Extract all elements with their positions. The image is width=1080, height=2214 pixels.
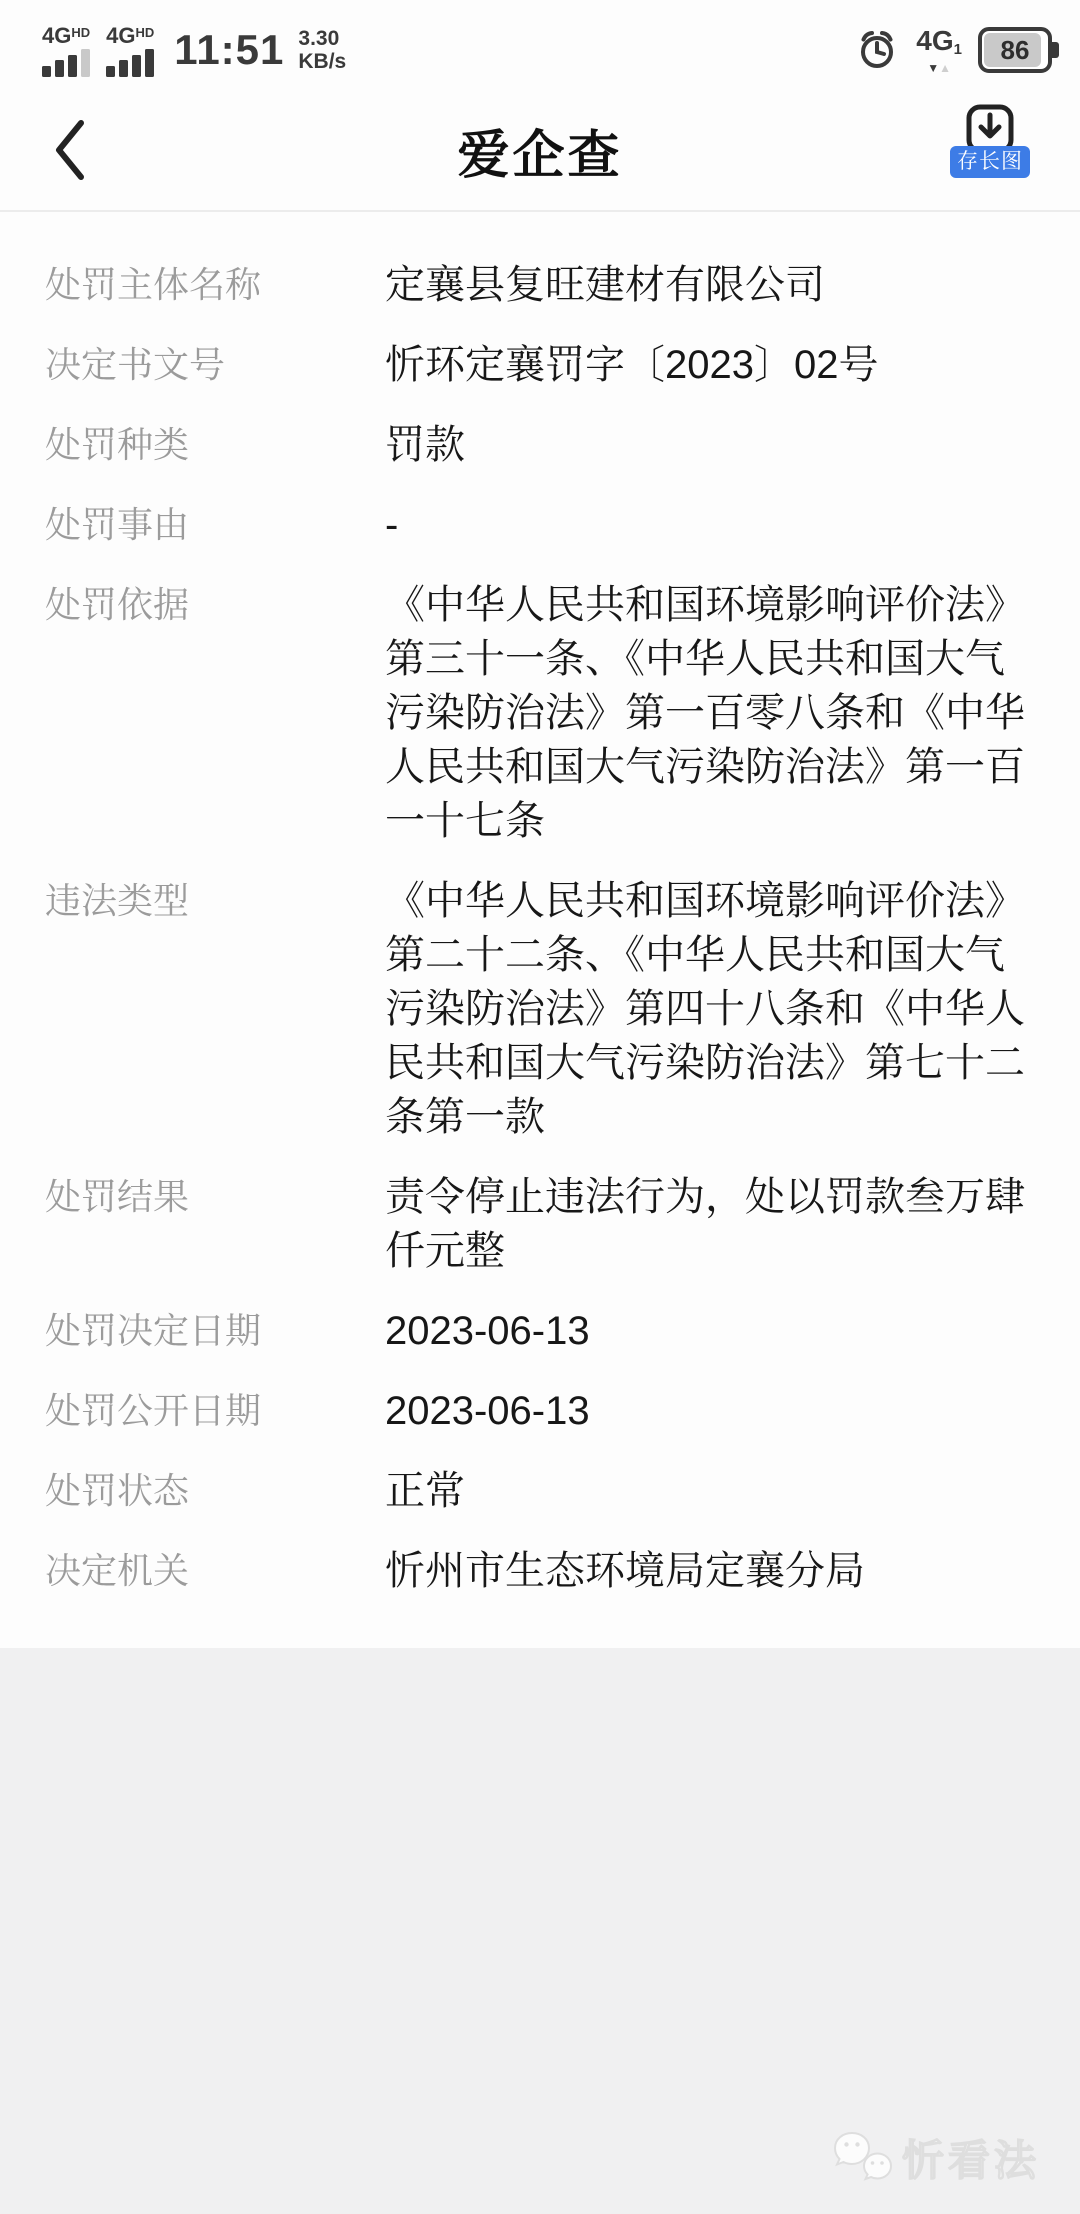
save-long-image-button[interactable]: 存长图 bbox=[950, 104, 1030, 178]
table-row: 处罚主体名称 定襄县复旺建材有限公司 bbox=[0, 245, 1080, 325]
network-speed: 3.30 KB/s bbox=[298, 27, 346, 73]
row-label: 处罚结果 bbox=[45, 1170, 385, 1278]
watermark-text: 忻看法 bbox=[902, 2128, 1040, 2188]
table-row: 处罚结果 责令停止违法行为，处以罚款叁万肆仟元整 bbox=[0, 1157, 1080, 1291]
wechat-bubbles-icon bbox=[832, 2131, 894, 2185]
network-speed-value: 3.30 bbox=[298, 27, 346, 50]
row-label: 处罚种类 bbox=[45, 418, 385, 472]
row-value: 2023-06-13 bbox=[385, 1384, 1035, 1438]
save-badge: 存长图 bbox=[950, 146, 1030, 178]
row-label: 决定机关 bbox=[45, 1544, 385, 1598]
sim2-signal-bars-icon bbox=[106, 49, 154, 77]
row-value: 定襄县复旺建材有限公司 bbox=[385, 258, 1035, 312]
row-label: 决定书文号 bbox=[45, 338, 385, 392]
footer-area: 忻看法 bbox=[0, 1648, 1080, 2214]
sim1-signal-bars-icon bbox=[42, 49, 90, 77]
row-value: 2023-06-13 bbox=[385, 1304, 1035, 1358]
table-row: 处罚决定日期 2023-06-13 bbox=[0, 1291, 1080, 1371]
row-value: 忻环定襄罚字〔2023〕02号 bbox=[385, 338, 1035, 392]
network-speed-unit: KB/s bbox=[298, 50, 346, 73]
wechat-watermark: 忻看法 bbox=[832, 2128, 1040, 2188]
table-row: 处罚种类 罚款 bbox=[0, 405, 1080, 485]
battery-icon: 86 bbox=[978, 27, 1052, 73]
sim1-network-label: 4GHD bbox=[42, 23, 90, 46]
row-value: 《中华人民共和国环境影响评价法》第二十二条、《中华人民共和国大气污染防治法》第四… bbox=[385, 874, 1035, 1144]
row-value: 正常 bbox=[385, 1464, 1035, 1518]
chevron-left-icon bbox=[52, 118, 88, 182]
page-title: 爱企查 bbox=[457, 113, 622, 188]
status-left: 4GHD 4GHD 11:51 3.30 KB/s bbox=[42, 23, 346, 77]
back-button[interactable] bbox=[52, 117, 92, 183]
table-row: 决定机关 忻州市生态环境局定襄分局 bbox=[0, 1531, 1080, 1611]
app-screen: 4GHD 4GHD 11:51 3.30 KB/s bbox=[0, 0, 1080, 2214]
row-label: 处罚事由 bbox=[45, 498, 385, 552]
sim2-signal: 4GHD bbox=[106, 23, 154, 77]
network-type-indicator: 4G1 ▼▲ bbox=[916, 28, 962, 73]
title-bar: 爱企查 存长图 bbox=[0, 90, 1080, 212]
row-value: 忻州市生态环境局定襄分局 bbox=[385, 1544, 1035, 1598]
table-row: 处罚状态 正常 bbox=[0, 1451, 1080, 1531]
row-value: 责令停止违法行为，处以罚款叁万肆仟元整 bbox=[385, 1170, 1035, 1278]
table-row: 处罚事由 - bbox=[0, 485, 1080, 565]
table-row: 处罚依据 《中华人民共和国环境影响评价法》第三十一条、《中华人民共和国大气污染防… bbox=[0, 565, 1080, 861]
row-value: 罚款 bbox=[385, 418, 1035, 472]
battery-percent: 86 bbox=[1001, 35, 1030, 66]
sim2-network-label: 4GHD bbox=[106, 23, 154, 46]
row-value: 《中华人民共和国环境影响评价法》第三十一条、《中华人民共和国大气污染防治法》第一… bbox=[385, 578, 1035, 848]
penalty-detail-table: 处罚主体名称 定襄县复旺建材有限公司 决定书文号 忻环定襄罚字〔2023〕02号… bbox=[0, 212, 1080, 1648]
row-value: - bbox=[385, 498, 1035, 552]
row-label: 处罚主体名称 bbox=[45, 258, 385, 312]
row-label: 处罚决定日期 bbox=[45, 1304, 385, 1358]
status-right: 4G1 ▼▲ 86 bbox=[854, 27, 1052, 73]
sim1-signal: 4GHD bbox=[42, 23, 90, 77]
row-label: 违法类型 bbox=[45, 874, 385, 1144]
table-row: 处罚公开日期 2023-06-13 bbox=[0, 1371, 1080, 1451]
row-label: 处罚公开日期 bbox=[45, 1384, 385, 1438]
alarm-clock-icon bbox=[854, 27, 900, 73]
row-label: 处罚状态 bbox=[45, 1464, 385, 1518]
data-activity-arrows-icon: ▼▲ bbox=[927, 63, 951, 73]
status-bar: 4GHD 4GHD 11:51 3.30 KB/s bbox=[0, 0, 1080, 90]
table-row: 决定书文号 忻环定襄罚字〔2023〕02号 bbox=[0, 325, 1080, 405]
table-row: 违法类型 《中华人民共和国环境影响评价法》第二十二条、《中华人民共和国大气污染防… bbox=[0, 861, 1080, 1157]
row-label: 处罚依据 bbox=[45, 578, 385, 848]
status-time: 11:51 bbox=[174, 26, 284, 74]
